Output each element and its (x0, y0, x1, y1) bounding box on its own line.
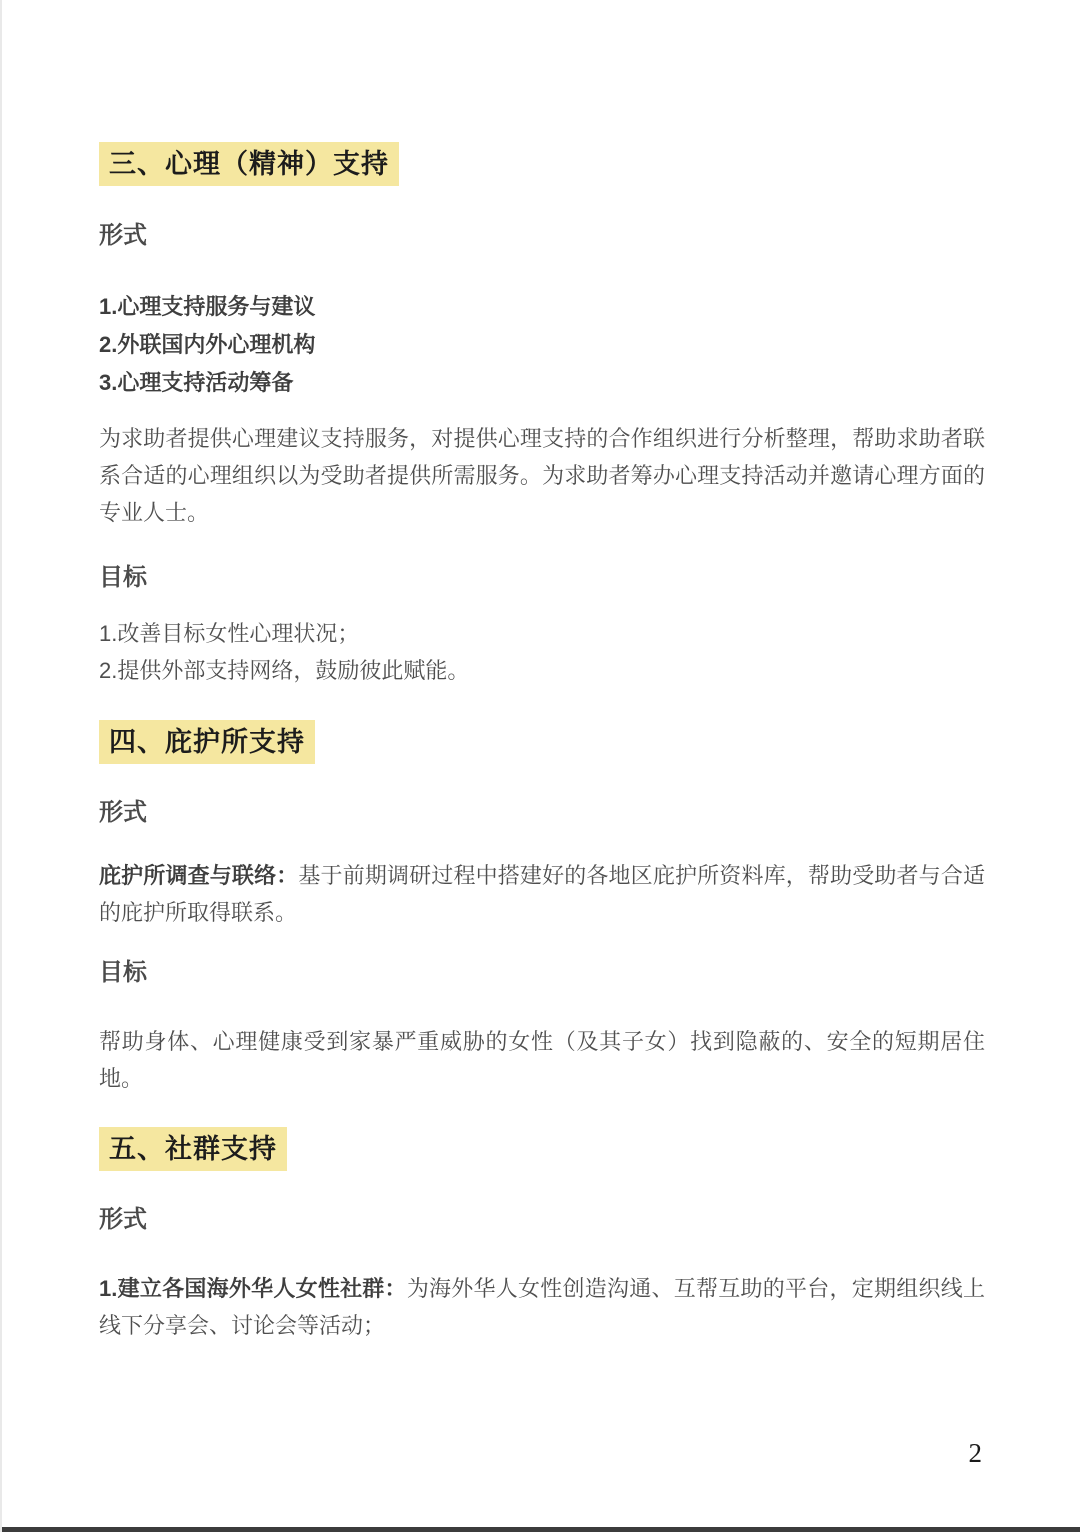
section-community-form-heading: 形式 (99, 1204, 985, 1236)
list-item: 3.心理支持活动筹备 (99, 364, 985, 402)
list-item: 2.外联国内外心理机构 (99, 326, 985, 364)
page-bottom-edge (2, 1527, 1080, 1532)
list-item: 1.改善目标女性心理状况； (99, 615, 985, 652)
section-community-title: 五、社群支持 (99, 1127, 287, 1171)
section-community-heading-row: 五、社群支持 (99, 1127, 985, 1171)
section-shelter-goal-heading: 目标 (99, 957, 985, 989)
section-shelter-form-description: 庇护所调查与联络：基于前期调研过程中搭建好的各地区庇护所资料库，帮助受助者与合适… (99, 857, 985, 931)
section-psych-form-description: 为求助者提供心理建议支持服务，对提供心理支持的合作组织进行分析整理，帮助求助者联… (99, 420, 985, 531)
document-page: 三、心理（精神）支持 形式 1.心理支持服务与建议 2.外联国内外心理机构 3.… (0, 0, 1080, 1532)
section-psych-form-list: 1.心理支持服务与建议 2.外联国内外心理机构 3.心理支持活动筹备 (99, 288, 985, 402)
section-community-form-description: 1.建立各国海外华人女性社群：为海外华人女性创造沟通、互帮互助的平台，定期组织线… (99, 1270, 985, 1344)
section-psych-form-heading: 形式 (99, 220, 985, 252)
list-item: 2.提供外部支持网络，鼓励彼此赋能。 (99, 652, 985, 689)
section-shelter-heading-row: 四、庇护所支持 (99, 720, 985, 764)
section-psych-goal-list: 1.改善目标女性心理状况； 2.提供外部支持网络，鼓励彼此赋能。 (99, 615, 985, 689)
section-shelter-title: 四、庇护所支持 (99, 720, 315, 764)
section-psych-goal-heading: 目标 (99, 562, 985, 594)
list-item: 1.心理支持服务与建议 (99, 288, 985, 326)
section-shelter-form-heading: 形式 (99, 797, 985, 829)
paragraph-lead: 1.建立各国海外华人女性社群： (99, 1276, 407, 1301)
section-psych-heading-row: 三、心理（精神）支持 (99, 142, 985, 186)
page-number: 2 (969, 1438, 983, 1469)
section-shelter-goal-description: 帮助身体、心理健康受到家暴严重威胁的女性（及其子女）找到隐蔽的、安全的短期居住地… (99, 1023, 985, 1097)
section-psych-title: 三、心理（精神）支持 (99, 142, 399, 186)
paragraph-lead: 庇护所调查与联络： (99, 863, 298, 888)
page-content: 三、心理（精神）支持 形式 1.心理支持服务与建议 2.外联国内外心理机构 3.… (99, 0, 985, 1344)
